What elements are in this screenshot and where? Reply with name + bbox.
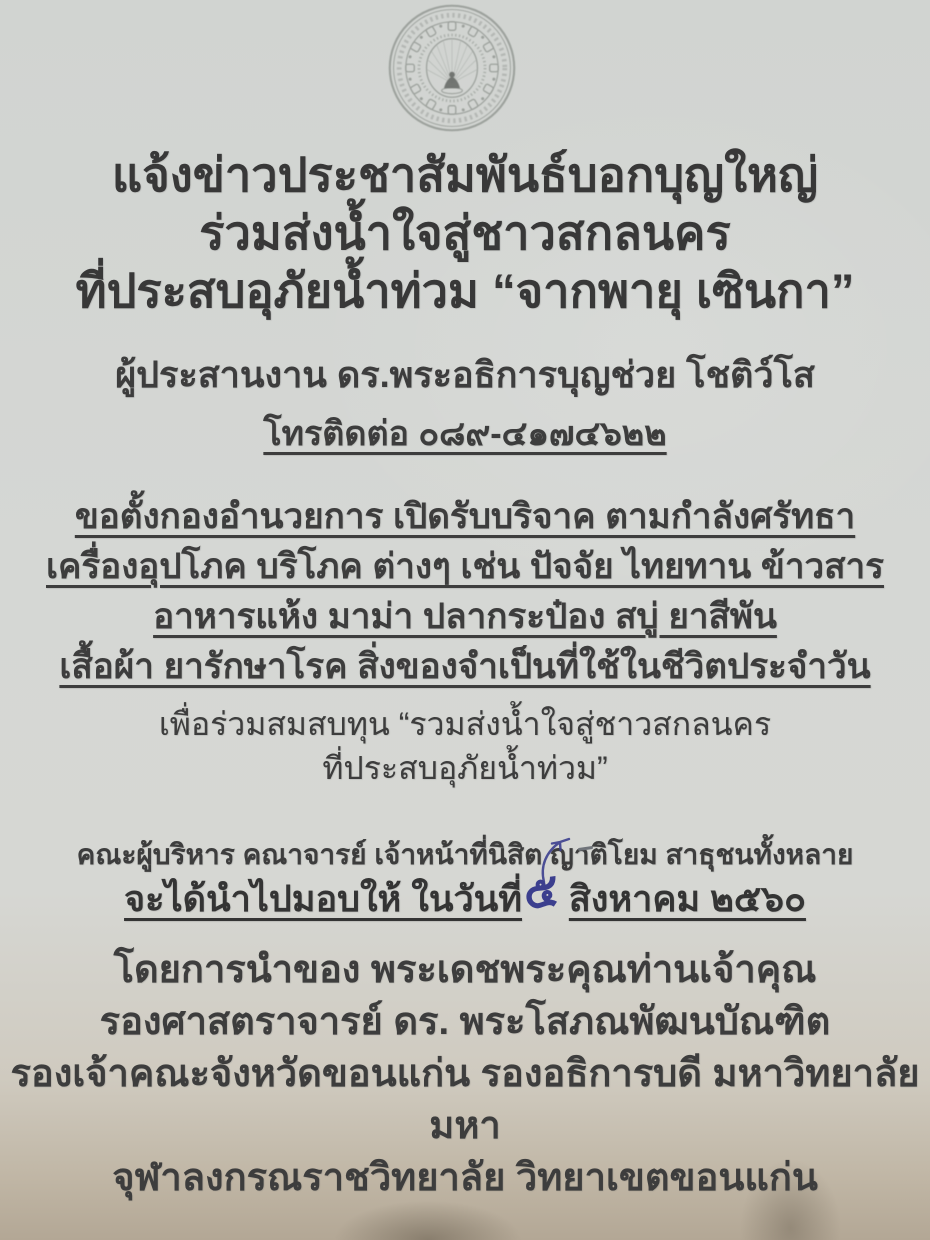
phone-text: โทรติดต่อ ๐๘๙-๔๑๗๔๖๒๒ (263, 415, 666, 453)
purpose: เพื่อร่วมสมสบทุน “รวมส่งน้ำใจสู่ชาวสกลนค… (0, 702, 930, 790)
date-prefix: จะได้นำไปมอบให้ ในวันที่ (124, 878, 522, 919)
title-line-2: ร่วมส่งน้ำใจสู่ชาวสกลนคร (0, 204, 930, 262)
delivery-date-line: จะได้นำไปมอบให้ ในวันที่๕สิงหาคม ๒๕๖๐ (0, 870, 930, 927)
donation-request: ขอตั้งกองอำนวยการ เปิดรับบริจาค ตามกำลัง… (0, 492, 930, 692)
leadership: โดยการนำของ พระเดชพระคุณท่านเจ้าคุณ รองศ… (0, 944, 930, 1204)
announcement-title: แจ้งข่าวประชาสัมพันธ์บอกบุญใหญ่ ร่วมส่งน… (0, 146, 930, 320)
coordinator-line: ผู้ประสานงาน ดร.พระอธิการบุญช่วย โชติว์โ… (0, 352, 930, 398)
pen-flourish-mark (536, 836, 578, 884)
leadership-line-4: จุฬาลงกรณราชวิทยาลัย วิทยาเขตขอนแก่น (0, 1152, 930, 1204)
document-photo: แจ้งข่าวประชาสัมพันธ์บอกบุญใหญ่ ร่วมส่งน… (0, 0, 930, 1240)
title-line-3: ที่ประสบอุภัยน้ำท่วม “จากพายุ เซินกา” (0, 262, 930, 320)
date-text: จะได้นำไปมอบให้ ในวันที่๕สิงหาคม ๒๕๖๐ (124, 878, 806, 919)
donation-line-1: ขอตั้งกองอำนวยการ เปิดรับบริจาค ตามกำลัง… (75, 497, 855, 536)
leadership-line-2: รองศาสตราจารย์ ดร. พระโสภณพัฒนบัณฑิต (0, 996, 930, 1048)
leadership-line-1: โดยการนำของ พระเดชพระคุณท่านเจ้าคุณ (0, 944, 930, 996)
donation-line-2: เครื่องอุปโภค บริโภค ต่างๆ เช่น ปัจจัย ไ… (46, 547, 884, 586)
phone-line: โทรติดต่อ ๐๘๙-๔๑๗๔๖๒๒ (0, 406, 930, 460)
purpose-line-2: ที่ประสบอุภัยน้ำท่วม” (0, 746, 930, 790)
donation-line-3: อาหารแห้ง มาม่า ปลากระป๋อง สบู่ ยาสีพัน (153, 597, 777, 636)
purpose-line-1: เพื่อร่วมสมสบทุน “รวมส่งน้ำใจสู่ชาวสกลนค… (0, 702, 930, 746)
title-line-1: แจ้งข่าวประชาสัมพันธ์บอกบุญใหญ่ (0, 146, 930, 204)
leadership-line-3: รองเจ้าคณะจังหวัดขอนแก่น รองอธิการบดี มห… (0, 1048, 930, 1152)
donation-line-4: เสื้อผ้า ยารักษาโรค สิ่งของจำเป็นที่ใช้ใ… (59, 647, 870, 686)
university-seal-icon (386, 2, 518, 134)
date-suffix: สิงหาคม ๒๕๖๐ (569, 878, 806, 919)
